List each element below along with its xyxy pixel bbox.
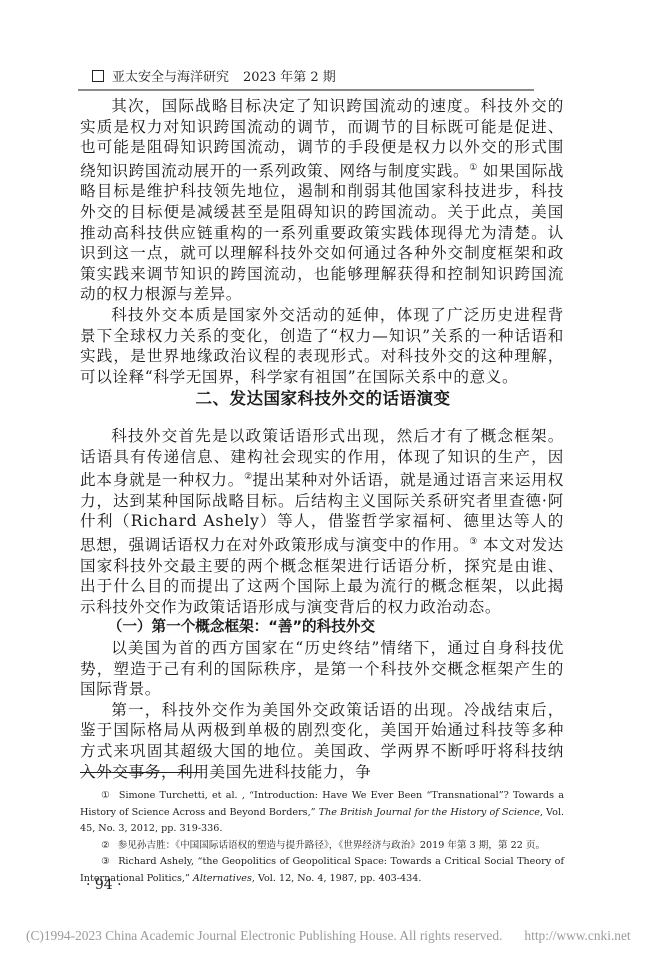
section1-body: 其次，国际战略目标决定了知识跨国流动的速度。科技外交的实质是权力对知识跨国流动的… — [80, 96, 564, 387]
section-heading: 二、发达国家科技外交的话语演变 — [0, 385, 646, 409]
subsection-heading: （一）第一个概念框架：“善”的科技外交 — [80, 617, 564, 638]
paragraph-text: 第一，科技外交作为美国外交政策话语的出现。冷战结束后，鉴于国际格局从两极到单极的… — [80, 701, 564, 781]
square-outline-icon — [92, 70, 104, 82]
paragraph: 以美国为首的西方国家在“历史终结”情绪下，通过自身科技优势，塑造于己有利的国际秩… — [80, 638, 564, 700]
footnote-text: 参见孙吉胜：《中国国际话语权的塑造与提升路径》，《世界经济与政治》2019 年第… — [118, 840, 545, 851]
footnote-text: , Vol. 12, No. 4, 1987, pp. 403-434. — [252, 873, 422, 884]
footnote-number: ① — [101, 790, 111, 801]
paragraph: 科技外交本质是国家外交活动的延伸，体现了广泛历史进程背景下全球权力关系的变化，创… — [80, 305, 564, 387]
paragraph: 其次，国际战略目标决定了知识跨国流动的速度。科技外交的实质是权力对知识跨国流动的… — [80, 96, 564, 305]
paragraph-text: 以美国为首的西方国家在“历史终结”情绪下，通过自身科技优势，塑造于己有利的国际秩… — [80, 639, 564, 698]
paragraph: 科技外交首先是以政策话语形式出现，然后才有了概念框架。话语具有传递信息、建构社会… — [80, 426, 564, 617]
section2-body: 科技外交首先是以政策话语形式出现，然后才有了概念框架。话语具有传递信息、建构社会… — [80, 426, 564, 782]
copyright-url[interactable]: http://www.cnki.net — [524, 928, 630, 943]
running-header: 亚太安全与海洋研究2023 年第 2 期 — [92, 66, 336, 85]
footnote-1: ①Simone Turchetti, et al. , “Introductio… — [80, 788, 564, 838]
footnote-number: ③ — [101, 856, 110, 867]
journal-title: 亚太安全与海洋研究 — [112, 70, 229, 85]
footnote-number: ② — [101, 840, 110, 851]
footnote-source-title: Alternatives — [193, 873, 252, 884]
page-number: · 94 · — [86, 877, 122, 893]
paragraph-text: 科技外交本质是国家外交活动的延伸，体现了广泛历史进程背景下全球权力关系的变化，创… — [80, 306, 564, 386]
footnote-3: ③Richard Ashely, “the Geopolitics of Geo… — [80, 854, 564, 887]
issue-label: 2023 年第 2 期 — [243, 70, 336, 85]
footnote-2: ②参见孙吉胜：《中国国际话语权的塑造与提升路径》，《世界经济与政治》2019 年… — [80, 838, 564, 855]
paragraph-text: 如果国际战略目标是维护科技领先地位，遏制和削弱其他国家科技进步，科技外交的目标便… — [80, 162, 564, 304]
paragraph: 第一，科技外交作为美国外交政策话语的出现。冷战结束后，鉴于国际格局从两极到单极的… — [80, 700, 564, 782]
footnotes: ①Simone Turchetti, et al. , “Introductio… — [80, 788, 564, 888]
footnote-rule — [80, 772, 200, 773]
copyright-text: (C)1994-2023 China Academic Journal Elec… — [26, 928, 502, 943]
header-rule — [78, 89, 534, 91]
footnote-source-title: The British Journal for the History of S… — [319, 807, 540, 818]
copyright-notice: (C)1994-2023 China Academic Journal Elec… — [26, 928, 631, 944]
